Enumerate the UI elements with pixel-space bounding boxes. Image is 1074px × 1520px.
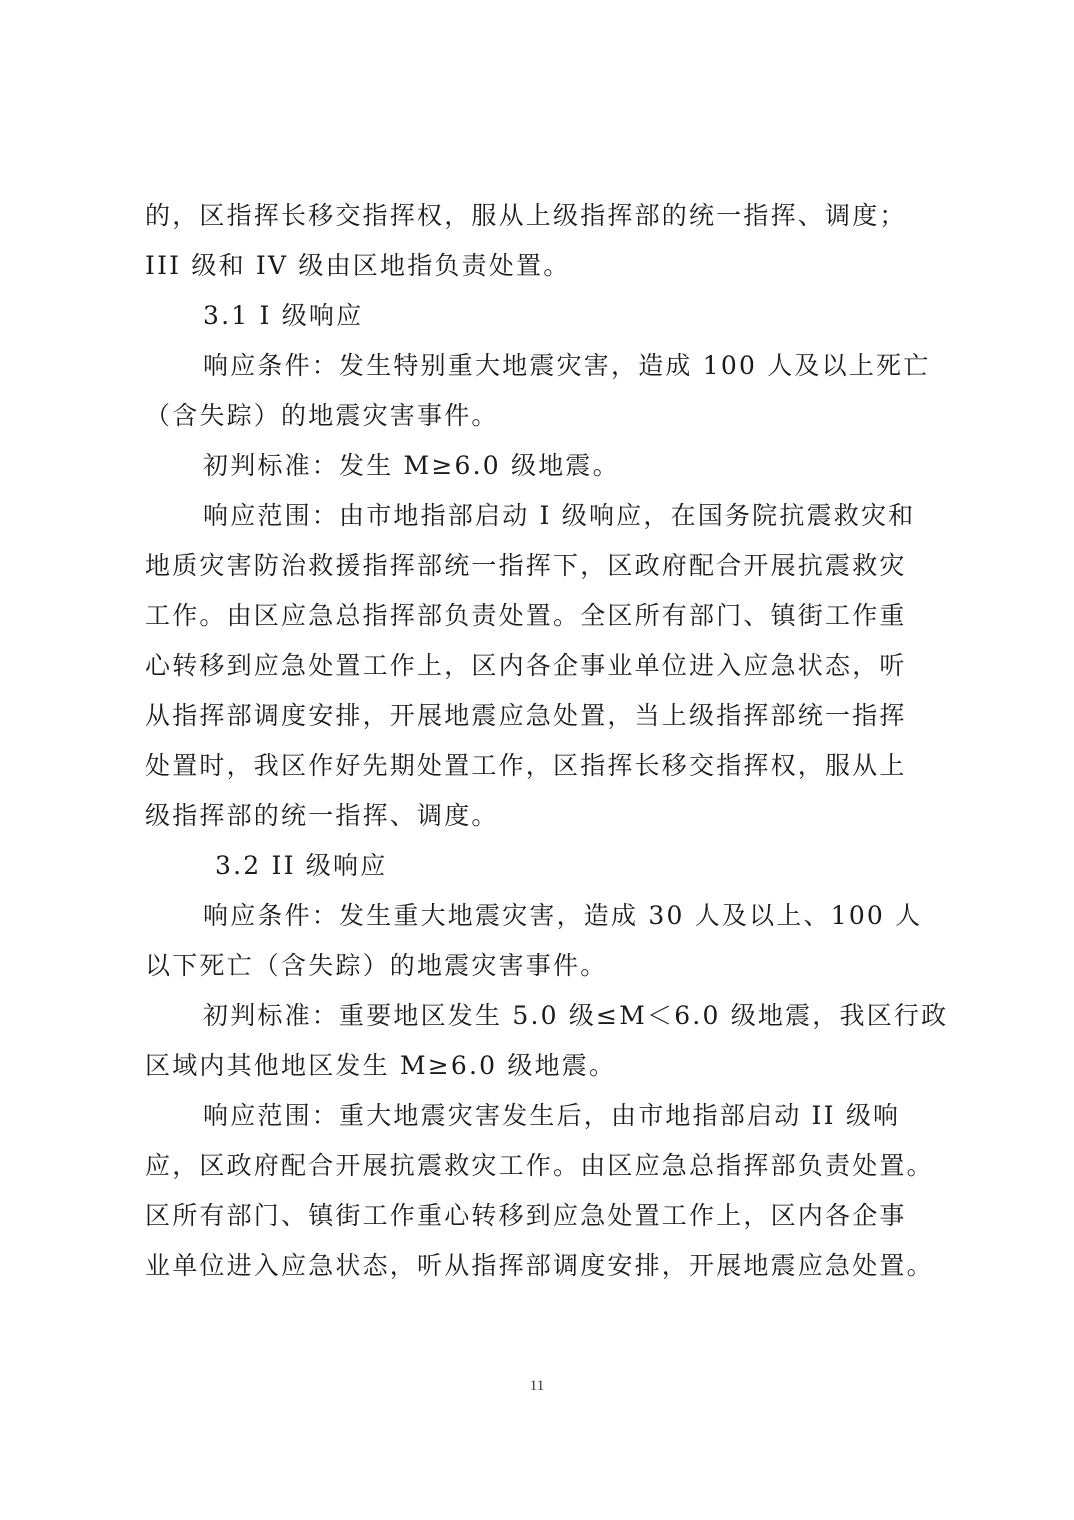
response-scope-paragraph: 响应范围：由市地指部启动 I 级响应，在国务院抗震救灾和: [203, 501, 943, 531]
body-text-line: 心转移到应急处置工作上，区内各企事业单位进入应急状态，听: [145, 651, 945, 681]
body-text-line: 级指挥部的统一指挥、调度。: [145, 801, 945, 831]
response-condition-paragraph: 响应条件：发生重大地震灾害，造成 30 人及以上、100 人: [203, 901, 943, 931]
body-text-line: 业单位进入应急状态，听从指挥部调度安排，开展地震应急处置。: [145, 1251, 945, 1281]
initial-criteria-paragraph: 初判标准：重要地区发生 5.0 级≤M＜6.0 级地震，我区行政: [203, 1001, 943, 1031]
page-number: 11: [0, 1378, 1074, 1395]
section-heading-3-2: 3.2 II 级响应: [215, 851, 955, 881]
response-condition-paragraph: 响应条件：发生特别重大地震灾害，造成 100 人及以上死亡: [203, 351, 943, 381]
body-text-line: （含失踪）的地震灾害事件。: [145, 401, 945, 431]
document-page: 的，区指挥长移交指挥权，服从上级指挥部的统一指挥、调度； III 级和 IV 级…: [0, 0, 1074, 1520]
body-text-line: 以下死亡（含失踪）的地震灾害事件。: [145, 951, 945, 981]
body-text-line: 区所有部门、镇街工作重心转移到应急处置工作上，区内各企事: [145, 1201, 945, 1231]
body-text-line: 处置时，我区作好先期处置工作，区指挥长移交指挥权，服从上: [145, 751, 945, 781]
body-text-line: 从指挥部调度安排，开展地震应急处置，当上级指挥部统一指挥: [145, 701, 945, 731]
initial-criteria-paragraph: 初判标准：发生 M≥6.0 级地震。: [203, 451, 943, 481]
body-text-line: III 级和 IV 级由区地指负责处置。: [145, 251, 945, 281]
body-text-line: 的，区指挥长移交指挥权，服从上级指挥部的统一指挥、调度；: [145, 201, 945, 231]
body-text-line: 应，区政府配合开展抗震救灾工作。由区应急总指挥部负责处置。: [145, 1151, 945, 1181]
body-text-line: 工作。由区应急总指挥部负责处置。全区所有部门、镇街工作重: [145, 601, 945, 631]
body-text-line: 地质灾害防治救援指挥部统一指挥下，区政府配合开展抗震救灾: [145, 551, 945, 581]
section-heading-3-1: 3.1 I 级响应: [203, 301, 943, 331]
response-scope-paragraph: 响应范围：重大地震灾害发生后，由市地指部启动 II 级响: [203, 1101, 943, 1131]
body-text-line: 区域内其他地区发生 M≥6.0 级地震。: [145, 1051, 945, 1081]
